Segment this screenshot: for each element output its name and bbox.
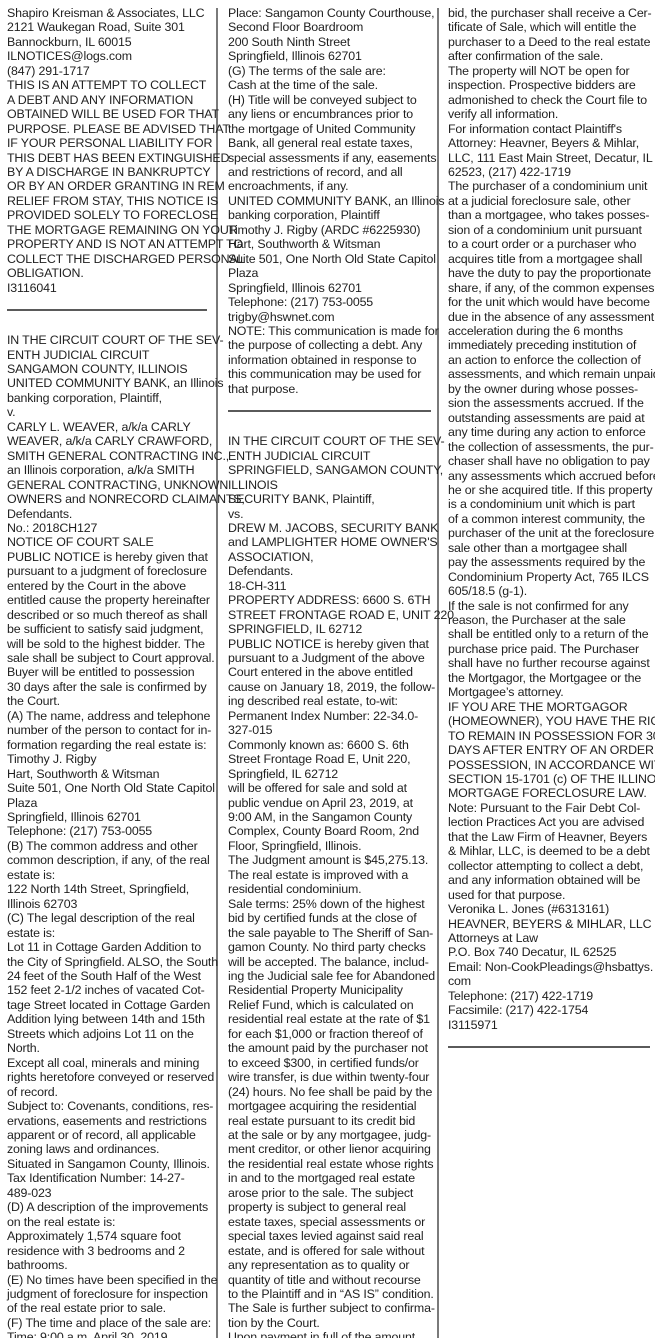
- notice-line: Bank, all general real estate taxes,: [228, 136, 431, 150]
- notice-line: I3116041: [7, 281, 207, 295]
- notice-line: property is subject to general real: [228, 1200, 431, 1214]
- notice-line: ment creditor, or other lienor acquiring: [228, 1142, 431, 1156]
- notice-line: admonished to check the Court file to: [448, 93, 650, 107]
- notice-line: common description, if any, of the real: [7, 853, 207, 867]
- notice-line: NOTICE OF COURT SALE: [7, 535, 207, 549]
- notice-line: tage Street located in Cottage Garden: [7, 998, 207, 1012]
- notice-line: SECURITY BANK, Plaintiff,: [228, 492, 431, 506]
- notice-line: sale shall be subject to Court approval.: [7, 651, 207, 665]
- notice-line: Except all coal, minerals and mining: [7, 1056, 207, 1070]
- notice-line: (847) 291-1717: [7, 64, 207, 78]
- notice-line: special assessments if any, easements: [228, 151, 431, 165]
- notice-line: POSSESSION, IN ACCORDANCE WITH: [448, 758, 650, 772]
- notice-line: (D) A description of the improvements: [7, 1200, 207, 1214]
- notice-line: tificate of Sale, which will entitle the: [448, 20, 650, 34]
- notice-line: in and to the mortgaged real estate: [228, 1171, 431, 1185]
- notice-line: Permanent Index Number: 22-34.0-: [228, 709, 431, 723]
- notice-line: RELIEF FROM STAY, THIS NOTICE IS: [7, 194, 207, 208]
- notice-line: DREW M. JACOBS, SECURITY BANK: [228, 521, 431, 535]
- notice-line: information obtained in response to: [228, 353, 431, 367]
- notice-line: Floor, Springfield, Illinois.: [228, 839, 431, 853]
- notice-line: the collection of assessments, the pur-: [448, 440, 650, 454]
- notice-line: after confirmation of the sale.: [448, 49, 650, 63]
- notice-line: the mortgage of United Community: [228, 122, 431, 136]
- notice-line: than a mortgagee, who takes posses-: [448, 208, 650, 222]
- notice-line: & Mihlar, LLC, is deemed to be a debt: [448, 844, 650, 858]
- notice-line: IN THE CIRCUIT COURT OF THE SEV-: [228, 434, 431, 448]
- notice-line: PROPERTY AND IS NOT AN ATTEMPT TO: [7, 237, 207, 251]
- notice-line: The real estate is improved with a: [228, 868, 431, 882]
- notice-line: ervations, easements and restrictions: [7, 1114, 207, 1128]
- notice-line: No.: 2018CH127: [7, 521, 207, 535]
- notice-line: residential condominium.: [228, 882, 431, 896]
- notice-line: ing the Judicial sale fee for Abandoned: [228, 969, 431, 983]
- notice-line: any representation as to quality or: [228, 1258, 431, 1272]
- notice-line: Court entered in the above entitled: [228, 665, 431, 679]
- notice-line: 62523, (217) 422-1719: [448, 165, 650, 179]
- notice-line: 122 North 14th Street, Springfield,: [7, 882, 207, 896]
- notice-line: For information contact Plaintiff's: [448, 122, 650, 136]
- notice-line: TO REMAIN IN POSSESSION FOR 30: [448, 729, 650, 743]
- notice-line: he or she acquired title. If this proper…: [448, 483, 650, 497]
- notice-line: Shapiro Kreisman & Associates, LLC: [7, 6, 207, 20]
- notice-line: mortgagee acquiring the residential: [228, 1099, 431, 1113]
- notice-line: 24 feet of the South Half of the West: [7, 969, 207, 983]
- notice-line: A DEBT AND ANY INFORMATION: [7, 93, 207, 107]
- notice-line: (G) The terms of the sale are:: [228, 64, 431, 78]
- notice-line: (24) hours. No fee shall be paid by the: [228, 1085, 431, 1099]
- notice-line: by the owner during whose posses-: [448, 382, 650, 396]
- notice-line: Second Floor Boardroom: [228, 20, 431, 34]
- notice-line: 18-CH-311: [228, 579, 431, 593]
- notice-line: ing described real estate, to-wit:: [228, 694, 431, 708]
- notice-line: estate taxes, special assessments or: [228, 1215, 431, 1229]
- notice-line: Suite 501, One North Old State Capitol: [228, 252, 431, 266]
- notice-line: PURPOSE. PLEASE BE ADVISED THAT: [7, 122, 207, 136]
- notice-line: the sale payable to The Sheriff of San-: [228, 926, 431, 940]
- notice-line: OBLIGATION.: [7, 266, 207, 280]
- notice-line: sale other than a mortgagee shall: [448, 541, 650, 555]
- notice-line: 200 South Ninth Street: [228, 35, 431, 49]
- notice-line: Sale terms: 25% down of the highest: [228, 897, 431, 911]
- notice-line: IF YOU ARE THE MORTGAGOR: [448, 700, 650, 714]
- notice-line: Timothy J. Rigby (ARDC #6225930): [228, 223, 431, 237]
- notice-line: special taxes levied against said real: [228, 1229, 431, 1243]
- notice-line: sion of a condominium unit pursuant: [448, 223, 650, 237]
- notice-line: cause on January 18, 2019, the follow-: [228, 680, 431, 694]
- notice-line: assessments, and which remain unpaid: [448, 367, 650, 381]
- notice-line: entered by the Court in the above: [7, 579, 207, 593]
- notice-line: Suite 501, One North Old State Capitol: [7, 781, 207, 795]
- notice-line: will be sold to the highest bidder. The: [7, 637, 207, 651]
- notice-line: the amount paid by the purchaser not: [228, 1041, 431, 1055]
- notice-line: UNITED COMMUNITY BANK, an Illinois: [228, 194, 431, 208]
- notice-line: 327-015: [228, 723, 431, 737]
- notice-line: Springfield, Illinois 62701: [228, 281, 431, 295]
- notice-line: Upon payment in full of the amount: [228, 1330, 431, 1338]
- notice-line: OR BY AN ORDER GRANTING IN REM: [7, 179, 207, 193]
- notice-line: number of the person to contact for in-: [7, 723, 207, 737]
- notice-line: gamon County. No third party checks: [228, 940, 431, 954]
- notice-line: inspection. Prospective bidders are: [448, 78, 650, 92]
- notice-line: be sufficient to satisfy said judgment,: [7, 622, 207, 636]
- notice-line: Condominium Property Act, 765 ILCS: [448, 570, 650, 584]
- notice-line: Note: Pursuant to the Fair Debt Col-: [448, 801, 650, 815]
- notice-line: Addition lying between 14th and 15th: [7, 1012, 207, 1026]
- notice-line: banking corporation, Plaintiff,: [7, 391, 207, 405]
- notice-line: SPRINGFIELD, SANGAMON COUNTY,: [228, 463, 431, 477]
- notice-line: any assessments which accrued before: [448, 469, 650, 483]
- notice-line: Plaza: [7, 796, 207, 810]
- notice-line: If the sale is not confirmed for any: [448, 599, 650, 613]
- notice-line: The purchaser of a condominium unit: [448, 179, 650, 193]
- notice-line: that purpose.: [228, 382, 431, 396]
- notice-line: OBTAINED WILL BE USED FOR THAT: [7, 107, 207, 121]
- notice-line: Mortgagee’s attorney.: [448, 685, 650, 699]
- notice-united-community-bank-v-weaver: IN THE CIRCUIT COURT OF THE SEV-ENTH JUD…: [7, 333, 207, 1338]
- notice-shapiro-tail: Shapiro Kreisman & Associates, LLC2121 W…: [7, 6, 207, 295]
- notice-line: GENERAL CONTRACTING, UNKNOWN: [7, 478, 207, 492]
- notice-line: PUBLIC NOTICE is hereby given that: [7, 550, 207, 564]
- notice-line: and any information obtained will be: [448, 873, 650, 887]
- notice-line: to exceed $300, in certified funds/or: [228, 1056, 431, 1070]
- notice-line: (E) No times have been specified in the: [7, 1273, 207, 1287]
- notice-line: Telephone: (217) 422-1719: [448, 989, 650, 1003]
- notice-line: Veronika L. Jones (#6313161): [448, 902, 650, 916]
- notice-line: used for that purpose.: [448, 888, 650, 902]
- notice-line: Complex, County Board Room, 2nd: [228, 824, 431, 838]
- notice-line: immediately preceding institution of: [448, 338, 650, 352]
- notice-line: of a common interest community, the: [448, 512, 650, 526]
- notice-line: banking corporation, Plaintiff: [228, 208, 431, 222]
- notice-line: 489-023: [7, 1186, 207, 1200]
- notice-line: will be offered for sale and sold at: [228, 781, 431, 795]
- notice-line: PUBLIC NOTICE is hereby given that: [228, 637, 431, 651]
- notice-line: pursuant to a Judgment of the above: [228, 651, 431, 665]
- notice-line: any liens or encumbrances prior to: [228, 107, 431, 121]
- notice-line: residence with 3 bedrooms and 2: [7, 1244, 207, 1258]
- column-1: Shapiro Kreisman & Associates, LLC2121 W…: [7, 6, 207, 1338]
- notice-line: SECTION 15-1701 (c) OF THE ILLINOIS: [448, 772, 650, 786]
- notice-line: Commonly known as: 6600 S. 6th: [228, 738, 431, 752]
- notice-line: Cash at the time of the sale.: [228, 78, 431, 92]
- notice-line: Plaza: [228, 266, 431, 280]
- notice-line: (B) The common address and other: [7, 839, 207, 853]
- notice-line: Subject to: Covenants, conditions, res-: [7, 1099, 207, 1113]
- notice-line: described or so much thereof as shall: [7, 608, 207, 622]
- notice-line: outstanding assessments are paid at: [448, 411, 650, 425]
- notice-line: rights heretofore conveyed or reserved: [7, 1070, 207, 1084]
- notice-line: to a court order or a purchaser who: [448, 237, 650, 251]
- notice-line: the Mortgagor, the Mortgagee or the: [448, 671, 650, 685]
- column-3: bid, the purchaser shall receive a Cer-t…: [448, 6, 650, 1048]
- notice-line: zoning laws and ordinances.: [7, 1142, 207, 1156]
- notice-line: reason, the Purchaser at the sale: [448, 613, 650, 627]
- notice-line: shall have no further recourse against: [448, 656, 650, 670]
- notice-line: Streets which adjoins Lot 11 on the: [7, 1027, 207, 1041]
- notice-line: CARLY L. WEAVER, a/k/a CARLY: [7, 420, 207, 434]
- notice-line: Telephone: (217) 753-0055: [228, 295, 431, 309]
- notice-line: that the Law Firm of Heavner, Beyers: [448, 830, 650, 844]
- notice-separator: [228, 410, 431, 412]
- notice-line: (H) Title will be conveyed subject to: [228, 93, 431, 107]
- notice-line: and LAMPLIGHTER HOME OWNER'S: [228, 535, 431, 549]
- notice-line: THIS DEBT HAS BEEN EXTINGUISHED: [7, 151, 207, 165]
- notice-line: COLLECT THE DISCHARGED PERSONAL: [7, 252, 207, 266]
- notice-line: IF YOUR PERSONAL LIABILITY FOR: [7, 136, 207, 150]
- notice-line: ILLINOIS: [228, 478, 431, 492]
- notice-line: SMITH GENERAL CONTRACTING INC.,: [7, 449, 207, 463]
- legal-notices-page: Shapiro Kreisman & Associates, LLC2121 W…: [0, 0, 655, 1338]
- notice-line: Bannockburn, IL 60015: [7, 35, 207, 49]
- notice-line: for each $1,000 or fraction thereof of: [228, 1027, 431, 1041]
- notice-line: com: [448, 974, 650, 988]
- notice-line: at the sale or by any mortgagee, judg-: [228, 1128, 431, 1142]
- notice-line: Email: Non-CookPleadings@hsbattys.: [448, 960, 650, 974]
- notice-line: Residential Property Municipality: [228, 983, 431, 997]
- notice-line: Tax Identification Number: 14-27-: [7, 1171, 207, 1185]
- notice-line: Place: Sangamon County Courthouse,: [228, 6, 431, 20]
- notice-line: purchaser to a Deed to the real estate: [448, 35, 650, 49]
- notice-line: arose prior to the sale. The subject: [228, 1186, 431, 1200]
- notice-line: the purpose of collecting a debt. Any: [228, 338, 431, 352]
- notice-line: purchase price paid. The Purchaser: [448, 642, 650, 656]
- notice-line: ENTH JUDICIAL CIRCUIT: [228, 449, 431, 463]
- notice-line: have the duty to pay the proportionate: [448, 266, 650, 280]
- notice-line: of the real estate prior to sale.: [7, 1301, 207, 1315]
- column-2: Place: Sangamon County Courthouse,Second…: [228, 6, 431, 1338]
- notice-line: The Judgment amount is $45,275.13.: [228, 853, 431, 867]
- notice-line: purchaser of the unit at the foreclosure: [448, 526, 650, 540]
- notice-line: due in the absence of any assessment: [448, 310, 650, 324]
- notice-separator: [7, 309, 207, 311]
- notice-line: HEAVNER, BEYERS & MIHLAR, LLC: [448, 917, 650, 931]
- notice-line: (F) The time and place of the sale are:: [7, 1316, 207, 1330]
- notice-line: Springfield, Illinois 62701: [7, 810, 207, 824]
- notice-line: Time: 9:00 a.m. April 30, 2019: [7, 1330, 207, 1338]
- notice-line: 605/18.5 (g-1).: [448, 584, 650, 598]
- notice-line: Hart, Southworth & Witsman: [7, 767, 207, 781]
- notice-line: pursuant to a judgment of foreclosure: [7, 564, 207, 578]
- notice-line: public vendue on April 23, 2019, at: [228, 796, 431, 810]
- notice-line: estate, and is offered for sale without: [228, 1244, 431, 1258]
- notice-line: share, if any, of the common expenses: [448, 281, 650, 295]
- notice-line: of record.: [7, 1085, 207, 1099]
- notice-line: acceleration during the 6 months: [448, 324, 650, 338]
- notice-line: 2121 Waukegan Road, Suite 301: [7, 20, 207, 34]
- notice-line: Facsimile: (217) 422-1754: [448, 1003, 650, 1017]
- notice-separator: [448, 1046, 650, 1048]
- notice-line: chaser shall have no obligation to pay: [448, 454, 650, 468]
- notice-line: Street Frontage Road E, Unit 220,: [228, 752, 431, 766]
- notice-line: I3115971: [448, 1018, 650, 1032]
- notice-line: bathrooms.: [7, 1258, 207, 1272]
- notice-line: Attorneys at Law: [448, 931, 650, 945]
- notice-line: LLC, 111 East Main Street, Decatur, IL: [448, 151, 650, 165]
- notice-line: SPRINGFIELD, IL 62712: [228, 622, 431, 636]
- notice-line: bid by certified funds at the close of: [228, 911, 431, 925]
- notice-line: judgment of foreclosure for inspection: [7, 1287, 207, 1301]
- notice-line: estate is:: [7, 868, 207, 882]
- notice-line: apparent or of record, all applicable: [7, 1128, 207, 1142]
- notice-line: ASSOCIATION,: [228, 550, 431, 564]
- notice-line: WEAVER, a/k/a CARLY CRAWFORD,: [7, 434, 207, 448]
- notice-line: real estate pursuant to its credit bid: [228, 1114, 431, 1128]
- notice-line: lection Practices Act you are advised: [448, 815, 650, 829]
- notice-line: wire transfer, is due within twenty-four: [228, 1070, 431, 1084]
- notice-line: any time during any action to enforce: [448, 425, 650, 439]
- notice-line: for the unit which would have become: [448, 295, 650, 309]
- notice-line: UNITED COMMUNITY BANK, an Illinois: [7, 376, 207, 390]
- notice-line: NOTE: This communication is made for: [228, 324, 431, 338]
- notice-line: Springfield, Illinois 62701: [228, 49, 431, 63]
- notice-line: the City of Springfield. ALSO, the South: [7, 955, 207, 969]
- notice-line: quantity of title and without recourse: [228, 1273, 431, 1287]
- notice-line: the residential real estate whose rights: [228, 1157, 431, 1171]
- notice-line: verify all information.: [448, 107, 650, 121]
- notice-line: North.: [7, 1041, 207, 1055]
- notice-line: Hart, Southworth & Witsman: [228, 237, 431, 251]
- notice-line: bid, the purchaser shall receive a Cer-: [448, 6, 650, 20]
- notice-line: Relief Fund, which is calculated on: [228, 998, 431, 1012]
- notice-line: Buyer will be entitled to possession: [7, 665, 207, 679]
- notice-line: sion the assessments accrued. If the: [448, 396, 650, 410]
- notice-security-bank-v-jacobs: IN THE CIRCUIT COURT OF THE SEV-ENTH JUD…: [228, 434, 431, 1338]
- notice-line: ENTH JUDICIAL CIRCUIT: [7, 348, 207, 362]
- notice-line: to the Plaintiff and in “AS IS” conditio…: [228, 1287, 431, 1301]
- notice-line: P.O. Box 740 Decatur, IL 62525: [448, 945, 650, 959]
- notice-line: v.: [7, 405, 207, 419]
- notice-line: Telephone: (217) 753-0055: [7, 824, 207, 838]
- notice-line: trigby@hswnet.com: [228, 310, 431, 324]
- notice-line: (C) The legal description of the real: [7, 911, 207, 925]
- notice-line: THE MORTGAGE REMAINING ON YOUR: [7, 223, 207, 237]
- notice-line: estate is:: [7, 926, 207, 940]
- notice-line: and restrictions of record, and all: [228, 165, 431, 179]
- notice-line: MORTGAGE FORECLOSURE LAW.: [448, 786, 650, 800]
- notice-line: 30 days after the sale is confirmed by: [7, 680, 207, 694]
- notice-line: encroachments, if any.: [228, 179, 431, 193]
- notice-line: formation regarding the real estate is:: [7, 738, 207, 752]
- notice-line: residential real estate at the rate of $…: [228, 1012, 431, 1026]
- notice-line: DAYS AFTER ENTRY OF AN ORDER OF: [448, 743, 650, 757]
- notice-line: Defendants.: [228, 564, 431, 578]
- notice-line: Attorney: Heavner, Beyers & Mihlar,: [448, 136, 650, 150]
- notice-line: (HOMEOWNER), YOU HAVE THE RIGHT: [448, 714, 650, 728]
- notice-line: this communication may be used for: [228, 367, 431, 381]
- notice-line: the Court.: [7, 694, 207, 708]
- notice-line: Defendants.: [7, 507, 207, 521]
- notice-line: an action to enforce the collection of: [448, 353, 650, 367]
- notice-line: Springfield, IL 62712: [228, 767, 431, 781]
- notice-united-community-bank-v-weaver-cont: Place: Sangamon County Courthouse,Second…: [228, 6, 431, 396]
- notice-line: Situated in Sangamon County, Illinois.: [7, 1157, 207, 1171]
- notice-line: THIS IS AN ATTEMPT TO COLLECT: [7, 78, 207, 92]
- notice-line: Lot 11 in Cottage Garden Addition to: [7, 940, 207, 954]
- notice-line: collector attempting to collect a debt,: [448, 859, 650, 873]
- notice-line: PROPERTY ADDRESS: 6600 S. 6TH: [228, 593, 431, 607]
- notice-line: The Sale is further subject to confirma-: [228, 1301, 431, 1315]
- notice-line: vs.: [228, 507, 431, 521]
- notice-security-bank-v-jacobs-cont: bid, the purchaser shall receive a Cer-t…: [448, 6, 650, 1032]
- notice-line: an Illinois corporation, a/k/a SMITH: [7, 463, 207, 477]
- notice-line: IN THE CIRCUIT COURT OF THE SEV-: [7, 333, 207, 347]
- notice-line: pay the assessments required by the: [448, 555, 650, 569]
- notice-line: tion by the Court.: [228, 1316, 431, 1330]
- notice-line: at a judicial foreclosure sale, other: [448, 194, 650, 208]
- notice-line: STREET FRONTAGE ROAD E, UNIT 220: [228, 608, 431, 622]
- notice-line: will be accepted. The balance, includ-: [228, 955, 431, 969]
- notice-line: The property will NOT be open for: [448, 64, 650, 78]
- notice-line: 9:00 AM, in the Sangamon County: [228, 810, 431, 824]
- notice-line: 152 feet 2-1/2 inches of vacated Cot-: [7, 983, 207, 997]
- notice-line: (A) The name, address and telephone: [7, 709, 207, 723]
- notice-line: Approximately 1,574 square foot: [7, 1229, 207, 1243]
- notice-line: on the real estate is:: [7, 1215, 207, 1229]
- notice-line: shall be entitled only to a return of th…: [448, 627, 650, 641]
- notice-line: OWNERS and NONRECORD CLAIMANTS,: [7, 492, 207, 506]
- notice-line: entitled cause the property hereinafter: [7, 593, 207, 607]
- notice-line: Illinois 62703: [7, 897, 207, 911]
- notice-line: ILNOTICES@logs.com: [7, 49, 207, 63]
- notice-line: BY A DISCHARGE IN BANKRUPTCY: [7, 165, 207, 179]
- notice-line: PROVIDED SOLELY TO FORECLOSE: [7, 208, 207, 222]
- notice-line: Timothy J. Rigby: [7, 752, 207, 766]
- notice-line: acquires title from a mortgagee shall: [448, 252, 650, 266]
- notice-line: is a condominium unit which is part: [448, 497, 650, 511]
- notice-line: SANGAMON COUNTY, ILLINOIS: [7, 362, 207, 376]
